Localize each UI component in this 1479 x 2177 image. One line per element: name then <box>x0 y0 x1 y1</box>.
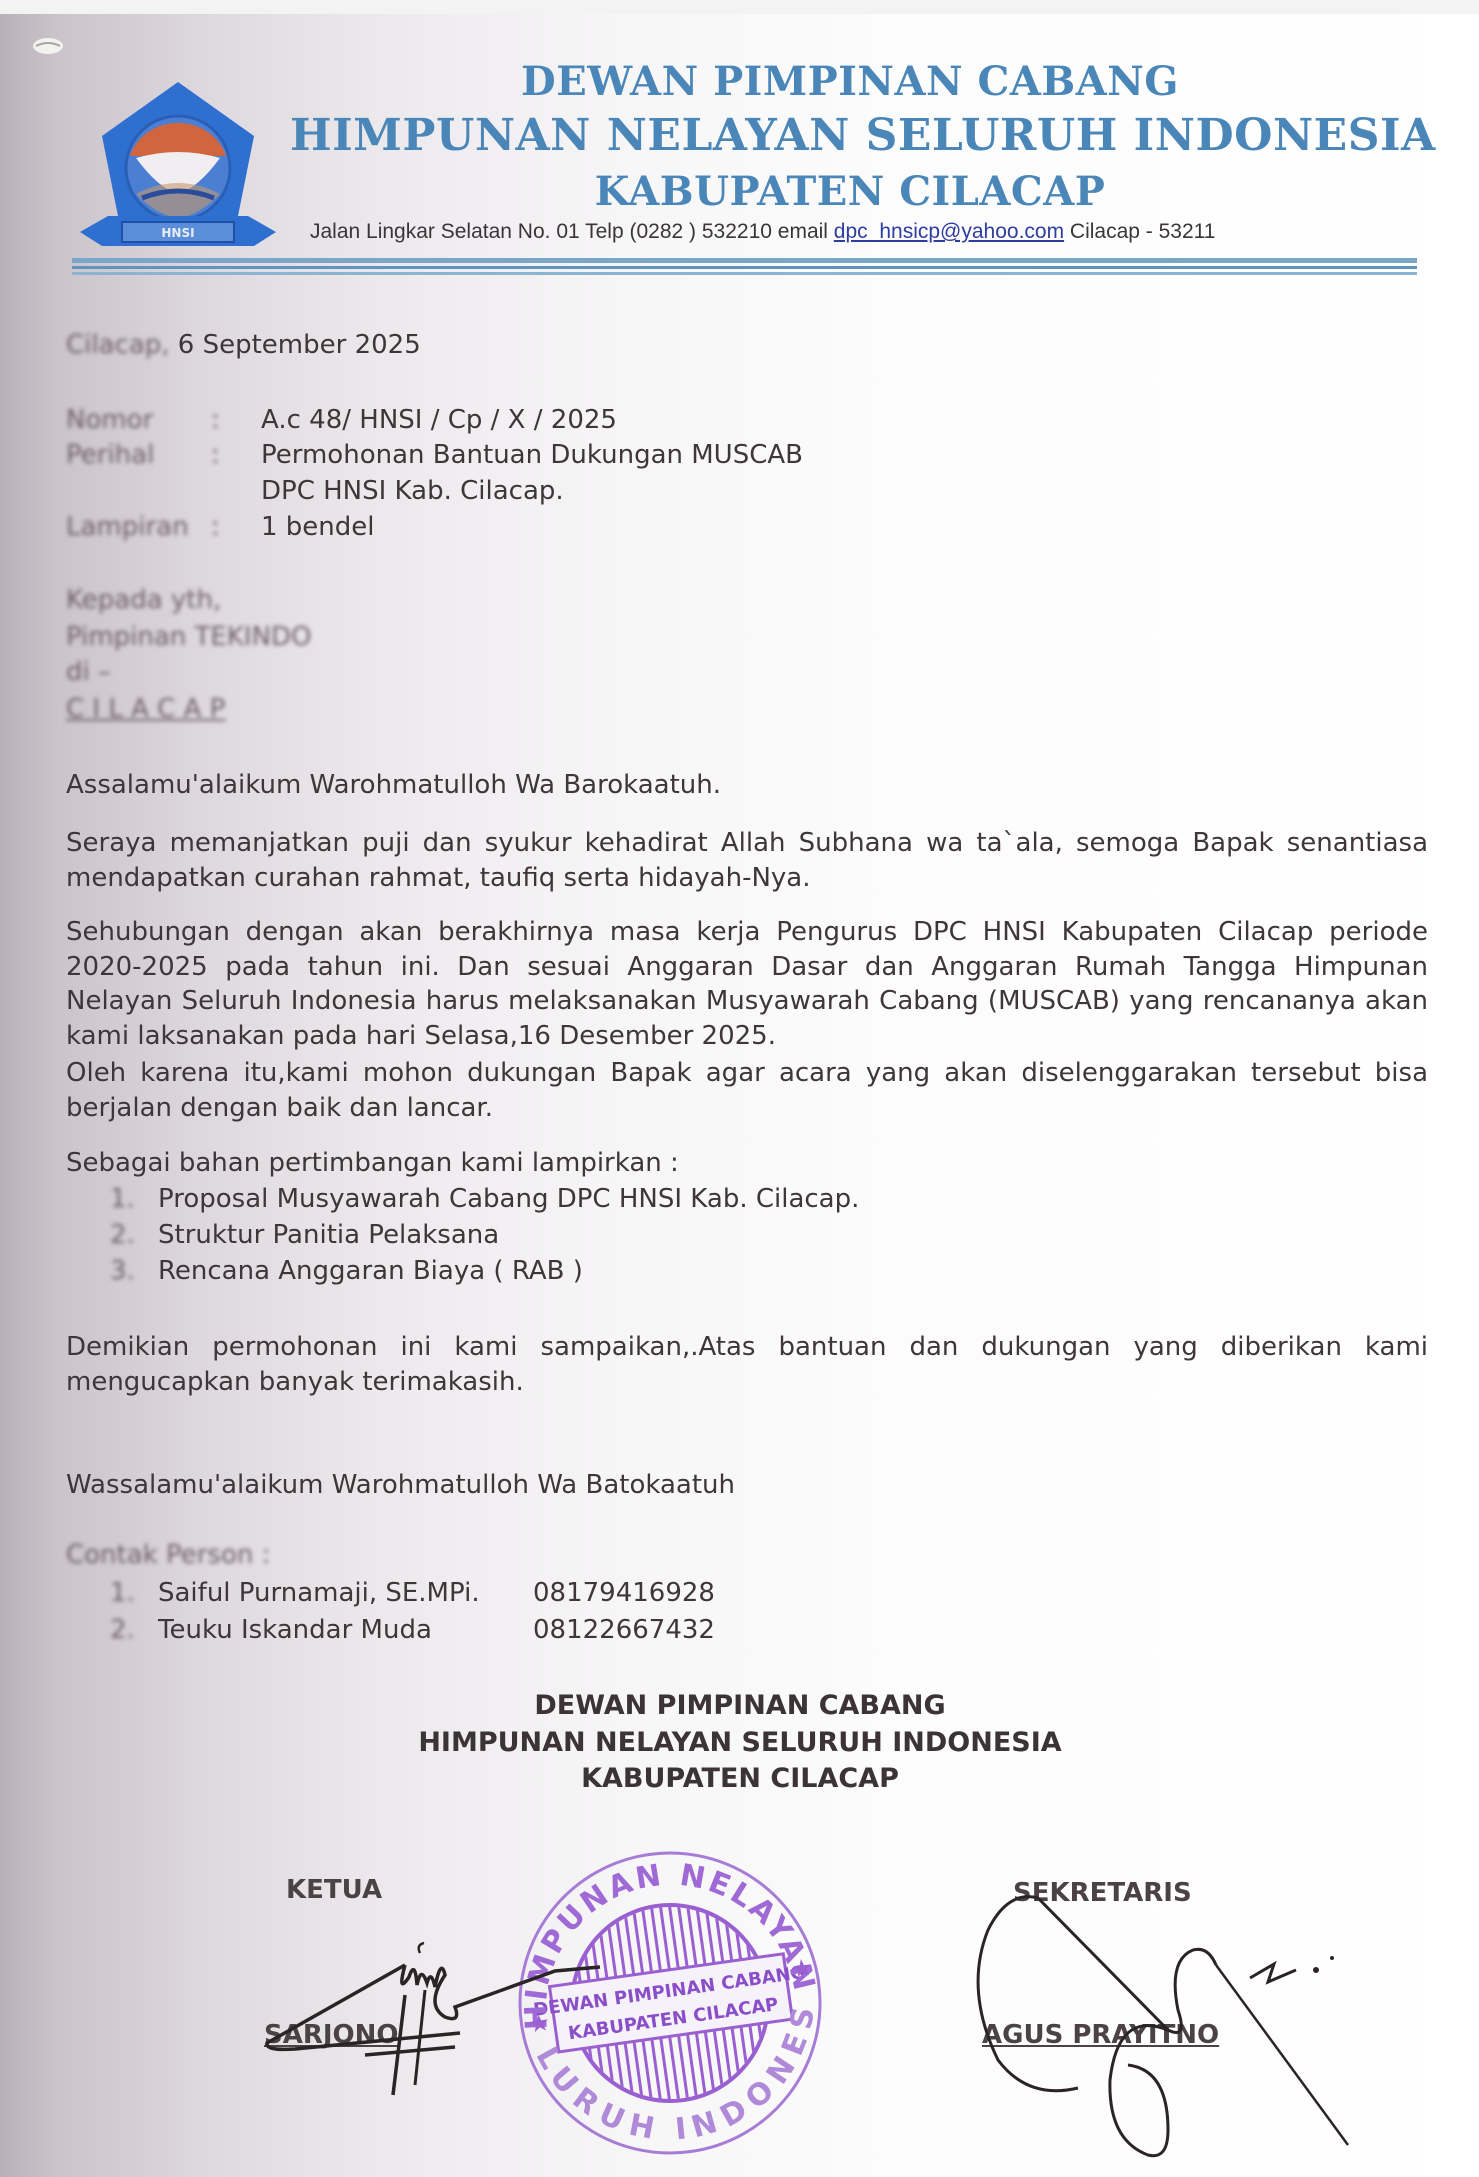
letterhead-rule <box>72 266 1417 269</box>
signature-org-line-1: DEWAN PIMPINAN CABANG <box>290 1690 1190 1721</box>
contact-item: 1.Saiful Purnamaji, SE.MPi.08179416928 <box>110 1578 715 1608</box>
paragraph-purpose: Sehubungan dengan akan berakhirnya masa … <box>66 915 1428 1053</box>
letterhead-line-3: KABUPATEN CILACAP <box>490 168 1210 215</box>
list-number: 1. <box>110 1184 158 1214</box>
recipient-line-2: Pimpinan TEKINDO <box>66 622 312 652</box>
opening-salutation: Assalamu'alaikum Warohmatulloh Wa Baroka… <box>66 770 721 800</box>
paragraph-request: Oleh karena itu,kami mohon dukungan Bapa… <box>66 1056 1428 1125</box>
address-city: Cilacap - 53211 <box>1064 220 1215 243</box>
attachment-item: 3.Rencana Anggaran Biaya ( RAB ) <box>110 1256 583 1286</box>
date-text: 6 September 2025 <box>178 330 421 360</box>
meta-subject-line-2: DPC HNSI Kab. Cilacap. <box>261 476 564 506</box>
scan-top-edge <box>0 0 1479 14</box>
contact-name: Teuku Iskandar Muda <box>158 1615 533 1645</box>
list-number: 2. <box>110 1220 158 1250</box>
list-text: Struktur Panitia Pelaksana <box>158 1220 499 1250</box>
contacts-title: Contak Person : <box>66 1540 270 1570</box>
email-link[interactable]: dpc_hnsicp@yahoo.com <box>834 220 1064 243</box>
meta-colon: : <box>211 405 261 435</box>
letterhead-rule <box>72 258 1417 263</box>
hnsi-logo-icon: HNSI <box>78 76 278 256</box>
meta-number: Nomor:A.c 48/ HNSI / Cp / X / 2025 <box>66 405 617 435</box>
meta-value: 1 bendel <box>261 512 375 542</box>
scan-mark-icon <box>30 34 66 58</box>
meta-attachment: Lampiran:1 bendel <box>66 512 375 542</box>
address-text: Jalan Lingkar Selatan No. 01 Telp (0282 … <box>310 220 834 243</box>
list-number: 1. <box>110 1578 158 1608</box>
letterhead-address: Jalan Lingkar Selatan No. 01 Telp (0282 … <box>310 220 1215 244</box>
contact-phone: 08179416928 <box>533 1578 715 1608</box>
recipient-line-1: Kepada yth, <box>66 585 221 615</box>
chair-signature-icon <box>255 1935 635 2095</box>
meta-colon: : <box>211 440 261 470</box>
list-text: Proposal Musyawarah Cabang DPC HNSI Kab.… <box>158 1184 859 1214</box>
svg-text:HNSI: HNSI <box>161 226 194 240</box>
signature-org-line-2: HIMPUNAN NELAYAN SELURUH INDONESIA <box>290 1727 1190 1758</box>
meta-colon: : <box>211 512 261 542</box>
meta-subject: Perihal:Permohonan Bantuan Dukungan MUSC… <box>66 440 803 470</box>
recipient-city: C I L A C A P <box>66 694 225 724</box>
attachments-intro: Sebagai bahan pertimbangan kami lampirka… <box>66 1148 679 1178</box>
recipient-line-3: di – <box>66 657 111 687</box>
svg-text:★: ★ <box>790 1953 815 1984</box>
list-number: 2. <box>110 1615 158 1645</box>
chair-role: KETUA <box>286 1875 382 1905</box>
contact-name: Saiful Purnamaji, SE.MPi. <box>158 1578 533 1608</box>
contact-phone: 08122667432 <box>533 1615 715 1645</box>
meta-label: Nomor <box>66 405 211 435</box>
attachment-item: 1.Proposal Musyawarah Cabang DPC HNSI Ka… <box>110 1184 859 1214</box>
paragraph-opening: Seraya memanjatkan puji dan syukur kehad… <box>66 826 1428 895</box>
letterhead-line-1: DEWAN PIMPINAN CABANG <box>480 58 1220 105</box>
letterhead-line-2: HIMPUNAN NELAYAN SELURUH INDONESIA <box>290 110 1390 161</box>
contact-item: 2.Teuku Iskandar Muda08122667432 <box>110 1615 715 1645</box>
meta-label: Perihal <box>66 440 211 470</box>
closing-salutation: Wassalamu'alaikum Warohmatulloh Wa Batok… <box>66 1470 735 1500</box>
list-text: Rencana Anggaran Biaya ( RAB ) <box>158 1256 583 1286</box>
letter-date: Cilacap, 6 September 2025 <box>66 330 421 360</box>
meta-label: Lampiran <box>66 512 211 542</box>
paragraph-closing: Demikian permohonan ini kami sampaikan,.… <box>66 1330 1428 1399</box>
list-number: 3. <box>110 1256 158 1286</box>
letterhead-rule <box>72 272 1417 275</box>
secretary-signature-icon <box>968 1890 1388 2160</box>
signature-org-line-3: KABUPATEN CILACAP <box>290 1763 1190 1794</box>
date-city: Cilacap, <box>66 330 170 360</box>
attachment-item: 2.Struktur Panitia Pelaksana <box>110 1220 499 1250</box>
meta-value: Permohonan Bantuan Dukungan MUSCAB <box>261 440 803 470</box>
meta-value: A.c 48/ HNSI / Cp / X / 2025 <box>261 405 617 435</box>
